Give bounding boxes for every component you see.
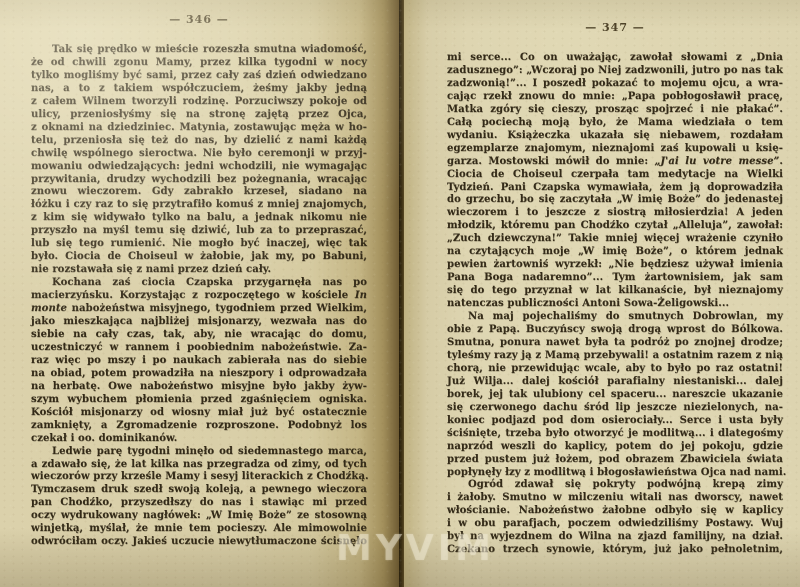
text-line: przed pustem już łożem, pod obrazem Zbaw…: [447, 454, 783, 467]
text-line: z kim się widywało tylko na balu, a jedn…: [31, 212, 367, 225]
open-book-photo: — 346 — — 347 — Tak się prędko w mieście…: [0, 0, 800, 587]
text-line: na czytających moje „W imię Boże”, o któ…: [447, 246, 783, 259]
text-line: pewien żartowniś wyrzekł: „Nie będziesz …: [447, 259, 783, 272]
text-line: na obiad, potem prowadziła na nieszpory …: [31, 368, 367, 381]
text-line: młodzik, któremu pan Chodźko czytał „All…: [447, 220, 783, 233]
text-line: tyleśmy razy ją z Mamą przebywali! a ost…: [447, 350, 783, 363]
text-line: Już Wilja... dalej kościół parafialny ni…: [447, 376, 783, 389]
text-line: że od chwili zgonu Mamy, przez kilka tyg…: [31, 57, 367, 70]
text-line: Czekano trzech synowie, którym, już jako…: [447, 544, 783, 557]
text-line: Pana Boga nadaremno”... Tym żartownisiem…: [447, 272, 783, 285]
text-line: natenczas publiczności Antoni Sowa-Żelig…: [447, 298, 783, 311]
text-line: Ciocia de Choiseul czerpała tam medytacj…: [447, 169, 783, 182]
text-line: Tydzień. Pani Czapska wymawiała, żem ją …: [447, 182, 783, 195]
paragraph: Kochana zaś ciocia Czapska przygarnęła n…: [31, 277, 367, 445]
text-line: się czerwonego dachu śród lip jeszcze ni…: [447, 402, 783, 415]
page-number-left: — 346 —: [31, 13, 367, 26]
text-line: egzemplarze znajomym, nieznajomi zaś kup…: [447, 143, 783, 156]
text-line: z oknami na dziedziniec. Matynia, zostaw…: [31, 122, 367, 135]
text-line: do grzechu, bo się zaczytała „W imię Boż…: [447, 194, 783, 207]
text-line: chwilę wspólnego sieroctwa. Nie było cer…: [31, 148, 367, 161]
text-line: wydaniu. Książeczka ukazała się niebawem…: [447, 130, 783, 143]
text-line: telu, przeniosła się też do nas, by dzie…: [31, 135, 367, 148]
text-line: oczy wydrukowany nagłówek: „W Imię Boże”…: [31, 510, 367, 523]
text-line: Tak się prędko w mieście rozeszła smutna…: [31, 44, 367, 57]
text-line: szym wybuchem płomienia przed zgaśnięcie…: [31, 394, 367, 407]
text-line: nie rozstawała się z nami przez dzień ca…: [31, 264, 367, 277]
text-line: siebie na cały czas, tak, aby, nie wraca…: [31, 329, 367, 342]
text-line: a zdawało się, że lat kilka nas przegrad…: [31, 459, 367, 472]
text-line: nas, a to z takiem współczuciem, żeśmy j…: [31, 83, 367, 96]
text-line: obie z Papą. Buczyńscy swoją drogą wpros…: [447, 324, 783, 337]
text-line: borek, jej tak ulubiony cel spaceru... n…: [447, 389, 783, 402]
text-line: winjetką, myślał, że mnie tem pocieszy. …: [31, 523, 367, 536]
text-line: Ogród zdawał się pokryty podwójną krepą …: [447, 479, 783, 492]
text-line: koniec podjazd pod dom osierociały... Se…: [447, 415, 783, 428]
text-line: zamknięty, a Zgromadzenie rozproszone. P…: [31, 420, 367, 433]
paragraph: mi serce... Co on uważając, zawołał słow…: [447, 52, 783, 311]
text-line: znowu wieczorem. Gdy zabrakło krzeseł, s…: [31, 186, 367, 199]
text-line: monte nabożeństwa misyjnego, tygodniem p…: [31, 303, 367, 316]
text-line: i w obu parafjach, poczem odwiedziliśmy …: [447, 518, 783, 531]
text-line: przywitania, drudzy wychodzili bez pożeg…: [31, 174, 367, 187]
text-line: mowaniu odwiedzających: jedni wchodzili,…: [31, 161, 367, 174]
text-line: zadusznego”: „Wczoraj po Niej zadzwonili…: [447, 65, 783, 78]
text-line: łóżku i czy raz to się przytrafiło komuś…: [31, 199, 367, 212]
text-line: wieczorów przy krześle Mamy i sesyj lite…: [31, 471, 367, 484]
text-line: Na maj pojechaliśmy do smutnych Dobrowla…: [447, 311, 783, 324]
text-line: Matka zgóry się cieszy, prosząc spojrzeć…: [447, 104, 783, 117]
text-line: Całą pociechą moją było, że Mama wiedzia…: [447, 117, 783, 130]
text-line: Smutna, ponura nawet była ta podróż po z…: [447, 337, 783, 350]
text-line: uczestniczyć w rannem i poobiednim naboż…: [31, 342, 367, 355]
text-line: chorą, nie przewidując wcale, aby to był…: [447, 363, 783, 376]
text-line: czekał i oo. dominikanów.: [31, 433, 367, 446]
paragraph: Ogród zdawał się pokryty podwójną krepą …: [447, 479, 783, 557]
text-line: Kochana zaś ciocia Czapska przygarnęła n…: [31, 277, 367, 290]
paragraph: Na maj pojechaliśmy do smutnych Dobrowla…: [447, 311, 783, 479]
text-line: naprzód weszli do kaplicy, potem do jej …: [447, 441, 783, 454]
text-line: raz więc po mszy i po naukach zabierała …: [31, 355, 367, 368]
text-line: „Zuch dziewczyna!” Takie mniej więcej wr…: [447, 233, 783, 246]
text-line: mi serce... Co on uważając, zawołał słow…: [447, 52, 783, 65]
text-line: na herbatę. Owe nabożeństwo misyjne było…: [31, 381, 367, 394]
paragraph: Ledwie parę tygodni minęło od siedemnast…: [31, 446, 367, 550]
text-line: włościanie. Nabożeństwo żałobne odbyło s…: [447, 505, 783, 518]
text-line: i żałoby. Smutno w milczeniu witali nas …: [447, 492, 783, 505]
page-text-column-left: Tak się prędko w mieście rozeszła smutna…: [31, 44, 367, 549]
text-line: cając rzekł znowu do mnie: „Papa pobłogo…: [447, 91, 783, 104]
text-line: macierzyńsku. Korzystając z rozpoczętego…: [31, 290, 367, 303]
text-line: był na wyjezdnem do Wilna na zjazd famil…: [447, 531, 783, 544]
page-text-column-right: mi serce... Co on uważając, zawołał słow…: [447, 52, 783, 557]
text-line: Tymczasem druk szedł swoją koleją, a pew…: [31, 484, 367, 497]
text-line: pan Chodźko, przyszedłszy do nas i stawi…: [31, 497, 367, 510]
text-line: popłynęły łzy z modlitwą i błogosławieńs…: [447, 467, 783, 480]
text-line: jako mieszkająca najbliżej misjonarzy, w…: [31, 316, 367, 329]
text-line: garza. Mostowski mówił do mnie: „J'ai lu…: [447, 156, 783, 169]
paragraph: Tak się prędko w mieście rozeszła smutna…: [31, 44, 367, 277]
text-line: ściśnięte, trzeba było otworzyć je modli…: [447, 428, 783, 441]
page-number-right: — 347 —: [447, 21, 783, 34]
text-line: lub się tego rumienić. Nie mogło być ina…: [31, 238, 367, 251]
text-line: było. Ciocia de Choiseul w żałobie, jak …: [31, 251, 367, 264]
text-line: odwróciłam oczy. Jakieś uczucie niewytłu…: [31, 536, 367, 549]
text-line: tylko mogliśmy być sami, przez cały zaś …: [31, 70, 367, 83]
text-line: zadzwonią!”... I poszedł pokazać to moje…: [447, 78, 783, 91]
text-line: Kościół misjonarzy od wiosny miał już by…: [31, 407, 367, 420]
text-line: wieczorem i to jeszcze z siostrą miłosie…: [447, 207, 783, 220]
text-line: się do tego przyznał w lat kilkanaście, …: [447, 285, 783, 298]
text-line: z całem Wilnem tworzyli rodzinę. Porzuci…: [31, 96, 367, 109]
text-line: przyszło na myśl temu się dziwić, lub za…: [31, 225, 367, 238]
text-line: Ledwie parę tygodni minęło od siedemnast…: [31, 446, 367, 459]
text-line: ulicy, przeniosłyśmy się na stronę zajęt…: [31, 109, 367, 122]
